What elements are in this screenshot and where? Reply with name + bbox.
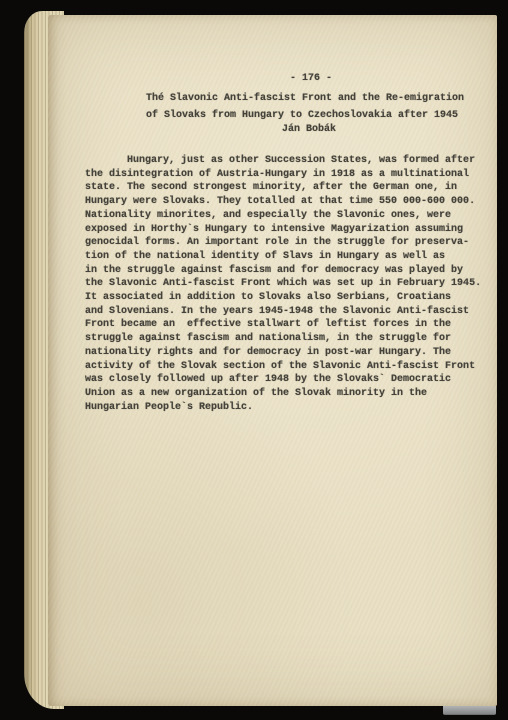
author-name: Ján Bobák bbox=[282, 124, 336, 135]
scanned-book-photo: - 176 - Thé Slavonic Anti-fascist Front … bbox=[0, 0, 508, 720]
article-title: Thé Slavonic Anti-fascist Front and the … bbox=[146, 90, 464, 124]
book-page: - 176 - Thé Slavonic Anti-fascist Front … bbox=[48, 15, 497, 706]
page-number: - 176 - bbox=[290, 73, 332, 84]
gray-bookmark-clip bbox=[443, 706, 496, 715]
article-body-text: Hungary, just as other Succession States… bbox=[85, 154, 481, 414]
